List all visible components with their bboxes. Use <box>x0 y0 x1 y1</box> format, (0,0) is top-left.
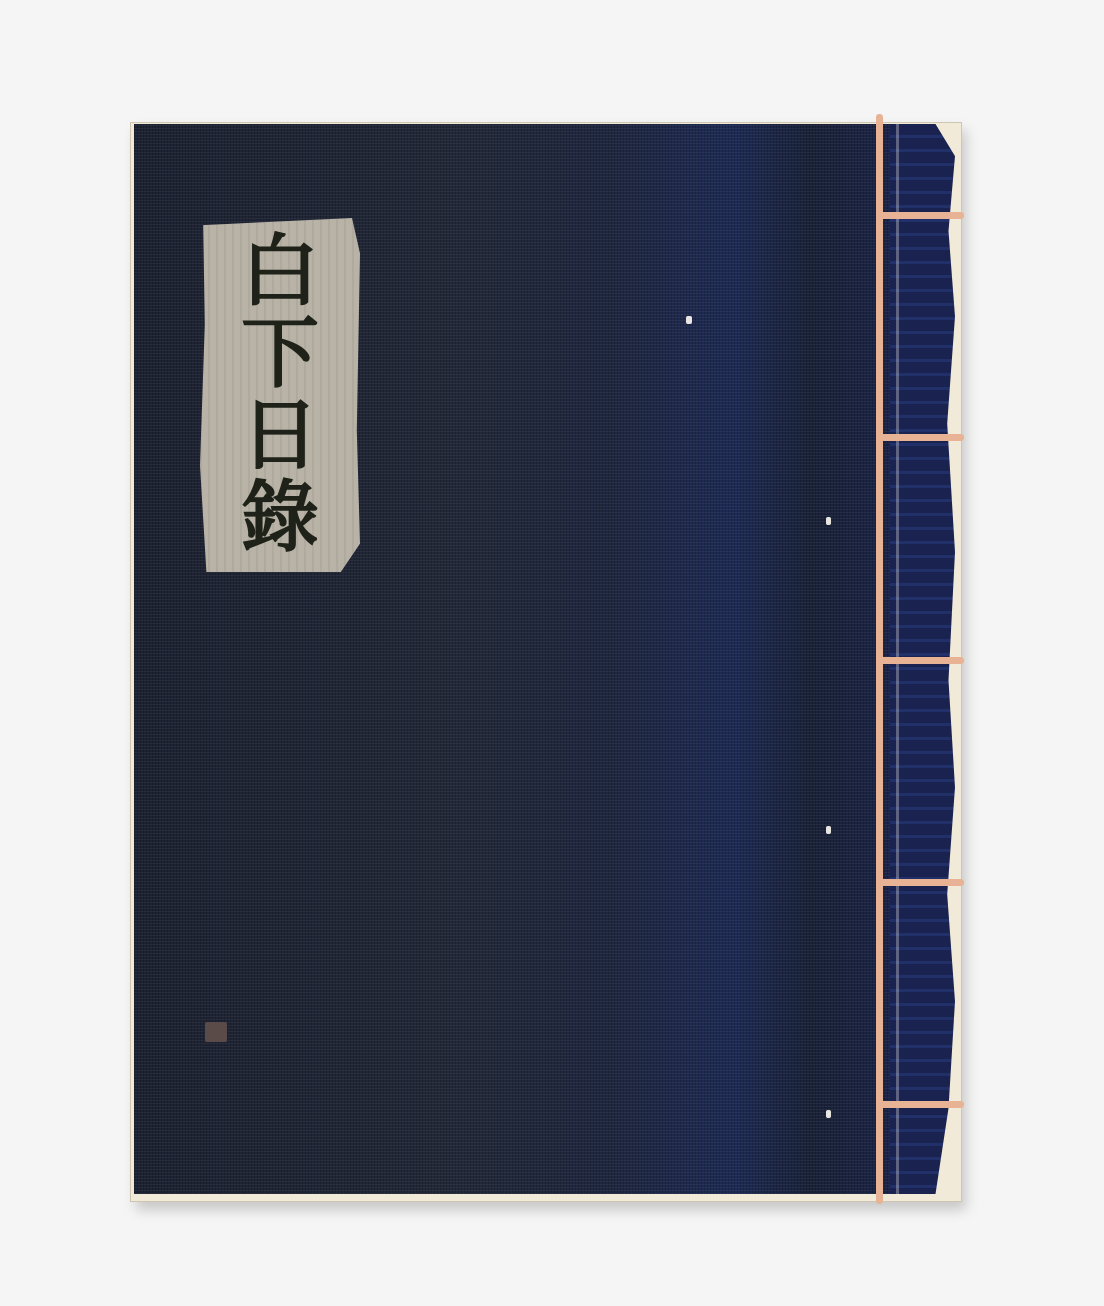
title-char-4: 錄 <box>241 477 319 559</box>
title-label: 白 下 日 錄 <box>200 218 360 572</box>
title-char-1: 白 <box>241 231 319 313</box>
cloth-wear-spot <box>826 517 831 525</box>
title-char-2: 下 <box>241 313 319 395</box>
binding-stitch <box>876 657 964 664</box>
binding-stitch <box>876 434 964 441</box>
cloth-wear-spot <box>826 1110 831 1118</box>
cloth-stain <box>205 1022 227 1042</box>
cloth-wear-spot <box>686 316 692 324</box>
cloth-wear-spot <box>826 826 831 834</box>
binding-stitch <box>876 879 964 886</box>
binding-stitch <box>876 1101 964 1108</box>
title-char-3: 日 <box>241 395 319 477</box>
binding-stitch <box>876 212 964 219</box>
